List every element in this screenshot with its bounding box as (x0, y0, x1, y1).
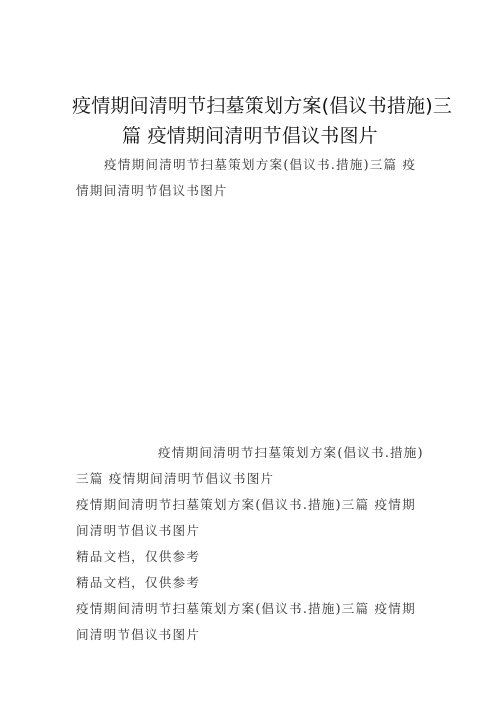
image-caption-line-2: 三篇 疫情期间清明节倡议书图片 (76, 466, 431, 492)
intro-line-1: 疫情期间清明节扫墓策划方案(倡议书.措施)三篇 疫 (76, 152, 431, 178)
paragraph-1-line-1: 疫情期间清明节扫墓策划方案(倡议书.措施)三篇 疫情期 (76, 492, 431, 518)
image-caption-line-1: 疫情期间清明节扫墓策划方案(倡议书.措施) (76, 440, 431, 466)
intro-line-2: 情期间清明节倡议书图片 (76, 178, 431, 204)
title-line-1: 疫情期间清明节扫墓策划方案(倡议书措施)三 (72, 91, 452, 121)
paragraph-4-line-2: 间清明节倡议书图片 (76, 622, 431, 648)
lower-content: 疫情期间清明节扫墓策划方案(倡议书.措施) 三篇 疫情期间清明节倡议书图片 疫情… (76, 440, 431, 648)
document-page: 疫情期间清明节扫墓策划方案(倡议书措施)三 篇 疫情期间清明节倡议书图片 疫情期… (0, 0, 500, 708)
document-title: 疫情期间清明节扫墓策划方案(倡议书措施)三 篇 疫情期间清明节倡议书图片 (72, 91, 452, 151)
intro-paragraph: 疫情期间清明节扫墓策划方案(倡议书.措施)三篇 疫 情期间清明节倡议书图片 (76, 152, 431, 204)
title-line-2: 篇 疫情期间清明节倡议书图片 (72, 121, 452, 151)
paragraph-3-notice: 精品文档，仅供参考 (76, 570, 431, 596)
paragraph-4-line-1: 疫情期间清明节扫墓策划方案(倡议书.措施)三篇 疫情期 (76, 596, 431, 622)
paragraph-2-notice: 精品文档，仅供参考 (76, 544, 431, 570)
paragraph-1-line-2: 间清明节倡议书图片 (76, 518, 431, 544)
